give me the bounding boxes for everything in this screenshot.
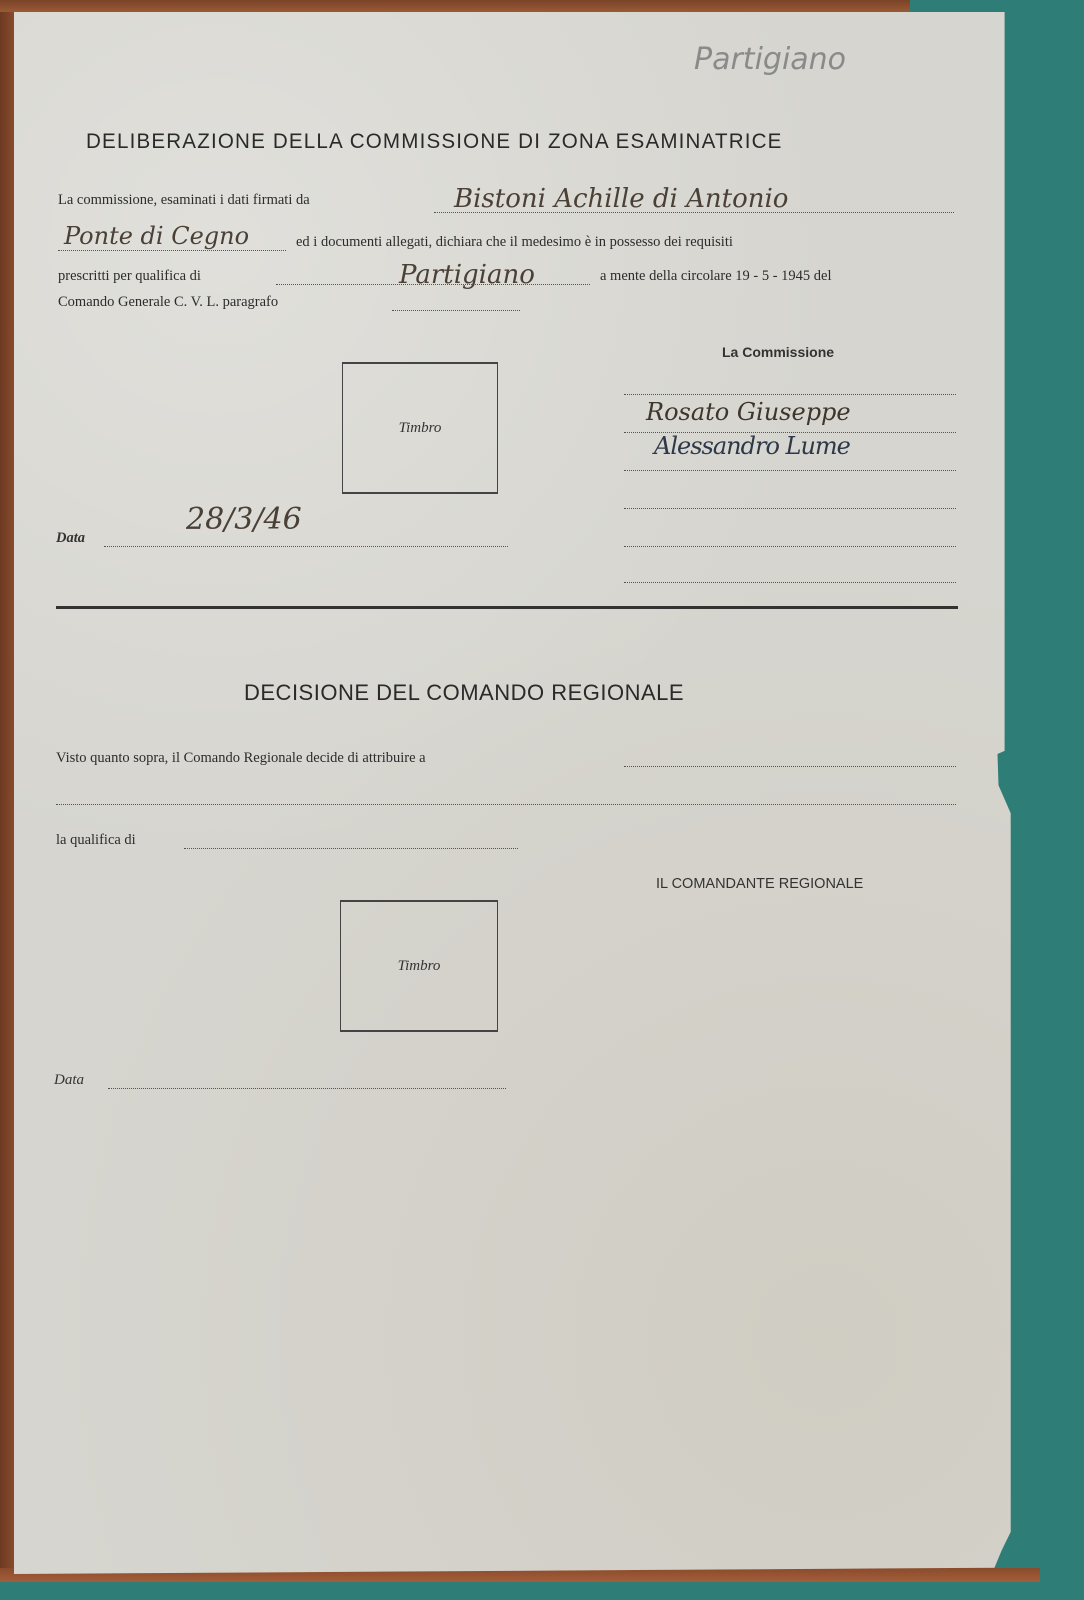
date-field-1 (104, 546, 508, 547)
section2-qualifica: la qualifica di (56, 832, 136, 849)
paragrafo-field (392, 310, 520, 311)
section2-title: DECISIONE DEL COMANDO REGIONALE (244, 680, 684, 706)
stamp-box-2: Timbro (340, 900, 498, 1032)
line4-text: Comando Generale C. V. L. paragrafo (58, 294, 278, 311)
attribuire-field (624, 766, 956, 767)
commission-label: La Commissione (722, 344, 834, 360)
stamp-label-2: Timbro (398, 958, 441, 975)
date-handwritten: 28/3/46 (186, 502, 302, 537)
commander-label: IL COMANDANTE REGIONALE (656, 876, 863, 892)
wood-frame-top (0, 0, 910, 12)
section2-line1: Visto quanto sopra, il Comando Regionale… (56, 750, 426, 767)
qualifica-handwritten: Partigiano (399, 260, 535, 290)
document-page: Partigiano DELIBERAZIONE DELLA COMMISSIO… (14, 12, 1030, 1574)
signature-line-5 (624, 546, 956, 547)
line3-prefix: prescritti per qualifica di (58, 268, 201, 285)
signature-line-6 (624, 582, 956, 583)
signature-line-3 (624, 470, 956, 471)
pencil-annotation: Partigiano (694, 42, 846, 77)
signature-line-1 (624, 394, 956, 395)
date-label-2: Data (54, 1072, 84, 1089)
place-handwritten: Ponte di Cegno (64, 222, 249, 250)
stamp-box-1: Timbro (342, 362, 498, 494)
date-field-2 (108, 1088, 506, 1089)
attribuire-field-2 (56, 804, 956, 805)
line2-text: ed i documenti allegati, dichiara che il… (296, 234, 733, 251)
wood-frame-left (0, 0, 14, 1580)
qualifica-field (184, 848, 518, 849)
name-handwritten: Bistoni Achille di Antonio (454, 184, 788, 214)
line1-prefix: La commissione, esaminati i dati firmati… (58, 192, 310, 209)
date-label-1: Data (56, 530, 85, 547)
signature-line-4 (624, 508, 956, 509)
line2-field (58, 250, 286, 251)
line3-suffix: a mente della circolare 19 - 5 - 1945 de… (600, 268, 832, 285)
signature-1: Rosato Giuseppe (646, 398, 851, 426)
signature-2: Alessandro Lume (654, 432, 850, 460)
stamp-label-1: Timbro (399, 420, 442, 437)
section-divider (56, 606, 958, 609)
section1-title: DELIBERAZIONE DELLA COMMISSIONE DI ZONA … (86, 130, 948, 154)
